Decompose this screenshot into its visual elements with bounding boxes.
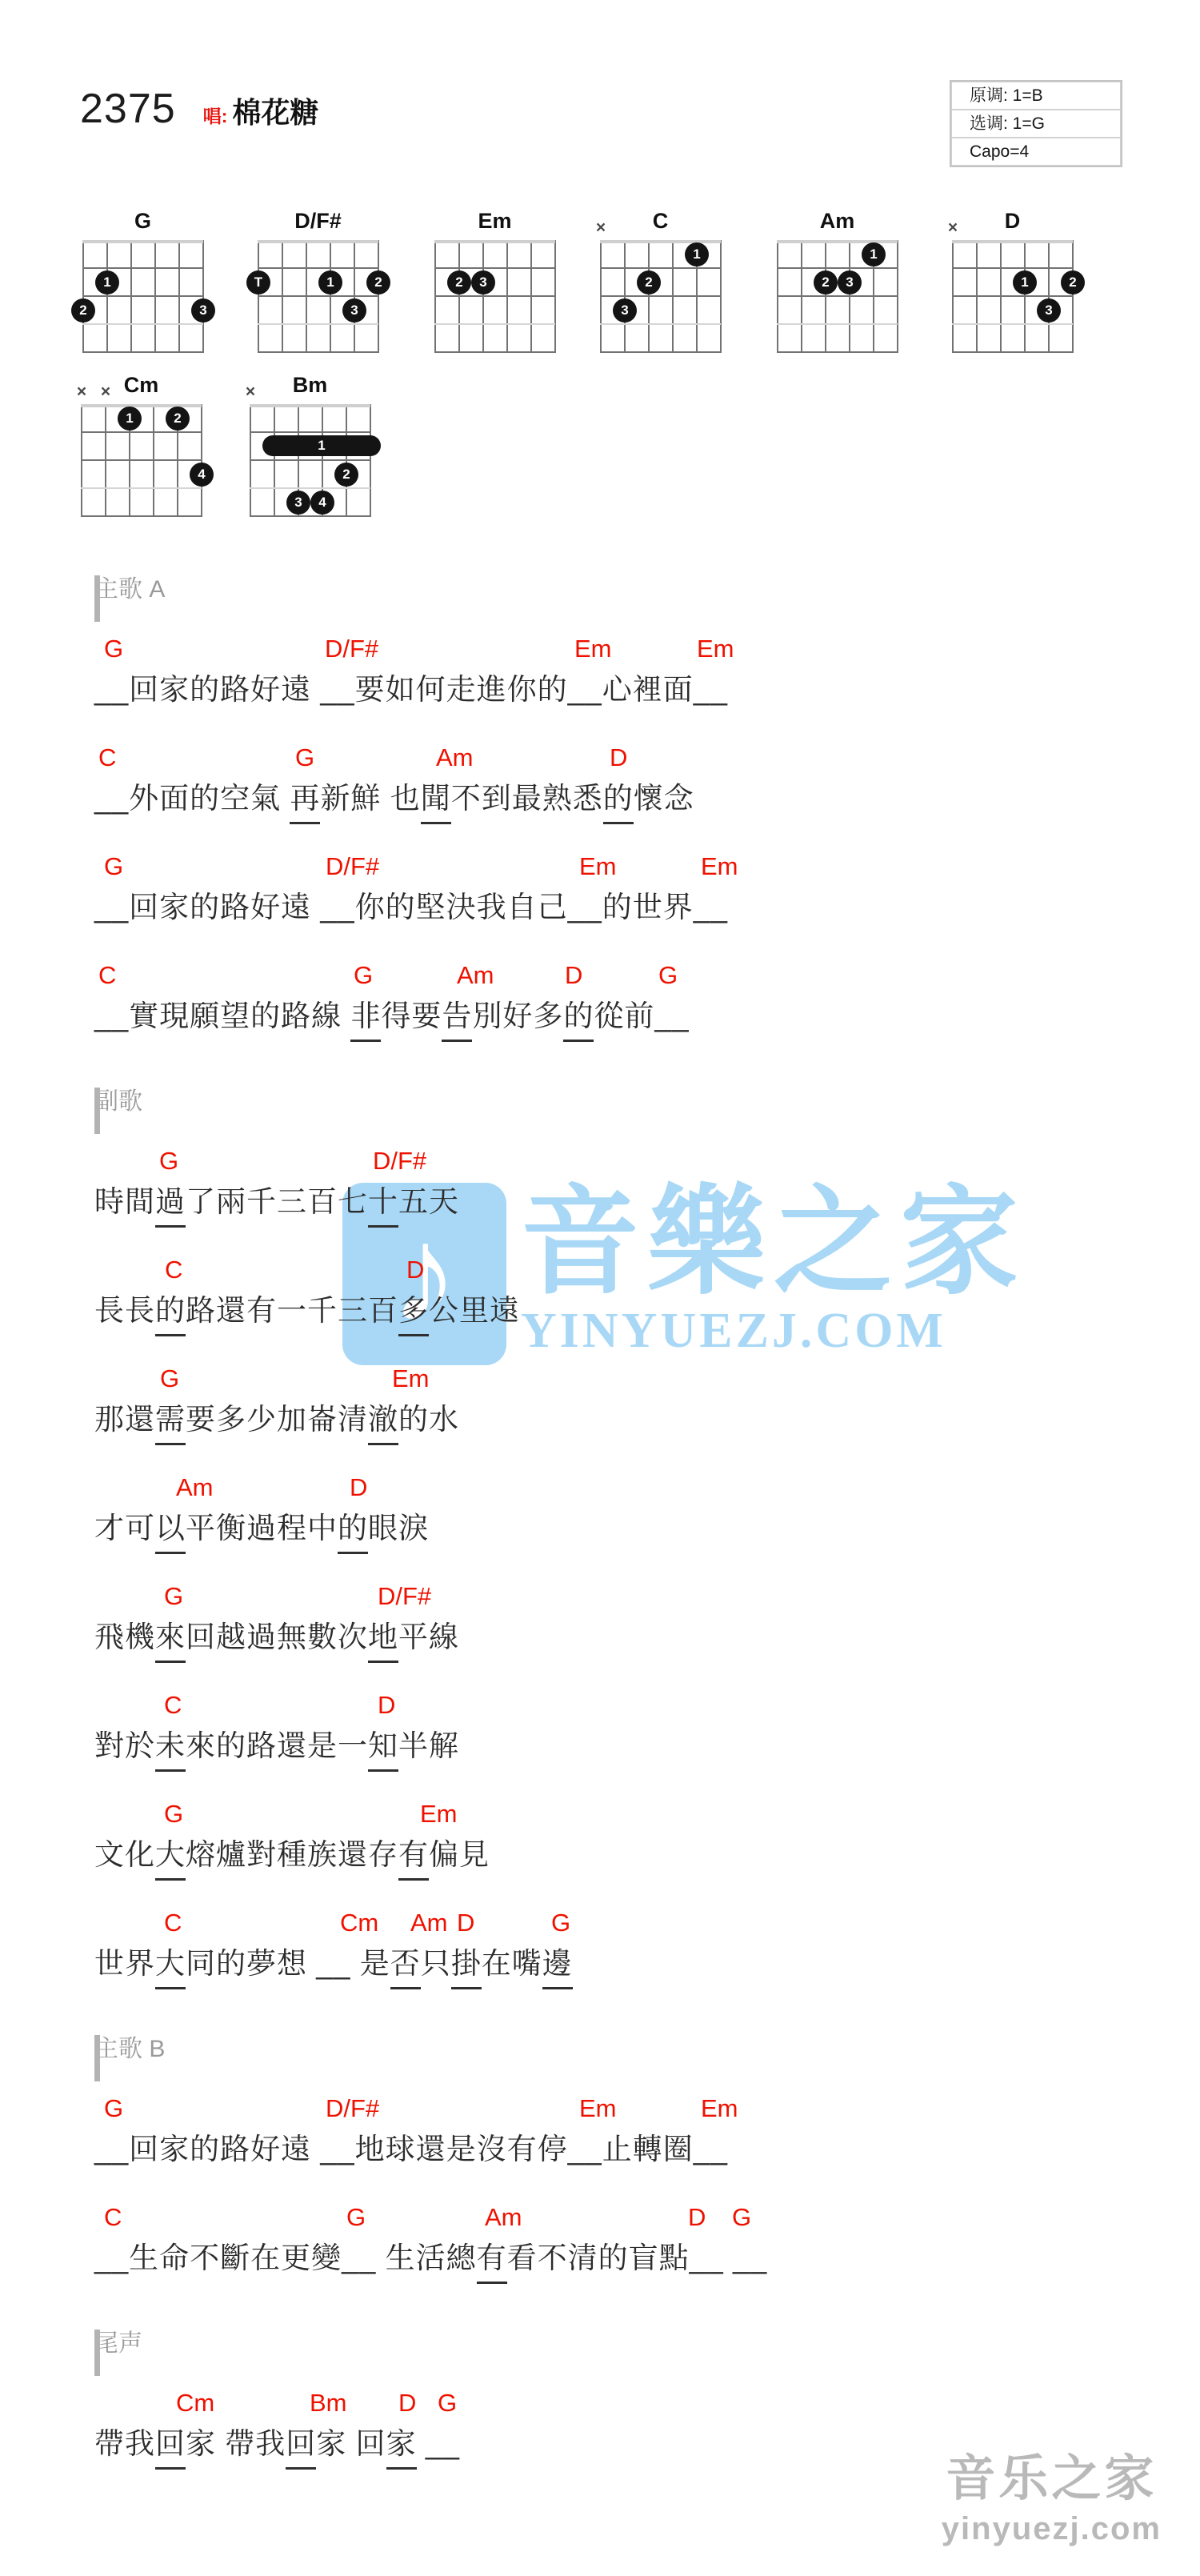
chord-label: D/F# <box>326 852 379 881</box>
finger-dot: T <box>246 270 270 294</box>
chord-label: D <box>406 1256 424 1284</box>
chord-label: D <box>350 1473 367 1502</box>
barre-marker: 1 <box>262 435 381 456</box>
muted-string-marker: × <box>242 383 258 402</box>
lyric-underlined-char: 未 <box>155 1727 186 1772</box>
lyric-text: 對於 <box>94 1729 155 1762</box>
lyric-line: 對於未來的路還是一知半解 <box>94 1723 1176 1777</box>
lyric-line: __外面的空氣 再新鮮 也聞不到最熟悉的懷念 <box>94 775 1176 830</box>
sing-label: 唱: <box>203 102 228 128</box>
chord-label: G <box>104 852 123 881</box>
lyric-underlined-char: 過 <box>155 1183 186 1228</box>
selected-key: 选调: 1=G <box>951 110 1121 138</box>
chord-diagram-name: Bm <box>250 371 370 404</box>
lyric-text: 五天 <box>398 1185 459 1218</box>
lyric-underlined-char: 邊 <box>542 1945 573 1989</box>
fret-line <box>952 267 1073 269</box>
lyric-text: 同的夢想 __ 是 <box>186 1947 390 1980</box>
lyric-underlined-char: 家 <box>386 2425 417 2470</box>
fret-line <box>952 295 1073 297</box>
lyric-text: 公里遠 <box>429 1294 520 1327</box>
chord-label: G <box>104 2094 123 2123</box>
fret-line <box>600 240 721 243</box>
lyric-underlined-char: 知 <box>368 1727 398 1772</box>
chord-label: G <box>159 1147 178 1176</box>
chord-label: G <box>732 2203 751 2232</box>
chord-line: GEm <box>94 1342 1176 1396</box>
section-1: 主歌 AGD/F#EmEm__回家的路好遠 __要如何走進你的__心裡面__CG… <box>56 572 1176 1048</box>
chord-line: AmD <box>94 1451 1176 1505</box>
chord-label: Em <box>701 852 738 881</box>
chord-label: Em <box>579 852 617 881</box>
original-key: 原调: 1=B <box>951 82 1121 110</box>
chord-line: CGAmDG <box>94 939 1176 993</box>
fret-line <box>82 295 203 297</box>
lyric-text: 平線 <box>398 1621 459 1653</box>
finger-dot: 1 <box>862 242 886 266</box>
fret-line <box>434 267 555 269</box>
lyric-underlined-char: 再 <box>290 779 320 824</box>
chord-diagram-Am: Am123 <box>777 206 898 353</box>
lyric-text: __生命不斷在更變__ 生活總 <box>94 2241 477 2274</box>
lyric-text: 家 帶我 <box>186 2427 286 2460</box>
fret-line <box>777 295 898 297</box>
chord-diagram-D/F#: D/F#T123 <box>258 206 378 353</box>
fret-line <box>777 351 898 353</box>
section-4: 尾声CmBmDG帶我回家 帶我回家 回家 __ <box>56 2326 1176 2475</box>
fret-line <box>777 240 898 243</box>
fret-line <box>600 351 721 353</box>
muted-string-marker: × <box>593 218 609 238</box>
chord-label: G <box>551 1909 570 1937</box>
chord-label: D/F# <box>325 635 378 663</box>
chord-label: Am <box>485 2203 522 2232</box>
finger-dot: 4 <box>310 491 334 515</box>
lyric-underlined-char: 否 <box>390 1945 421 1989</box>
finger-dot: 2 <box>366 270 390 294</box>
lyric-text: 別好多 <box>472 1000 563 1032</box>
chord-label: D/F# <box>373 1147 426 1176</box>
lyric-underlined-char: 聞 <box>421 779 451 824</box>
chord-label: D <box>610 743 627 772</box>
chord-label: C <box>104 2203 122 2232</box>
chord-label: G <box>164 1582 183 1611</box>
chord-label: G <box>295 743 314 772</box>
lyric-underlined-char: 掛 <box>451 1945 482 1989</box>
lyric-line: __回家的路好遠 __你的堅決我自己__的世界__ <box>94 884 1176 939</box>
lyric-text: 熔爐對種族還存 <box>186 1838 398 1871</box>
finger-dot: 3 <box>342 298 366 323</box>
finger-dot: 2 <box>71 298 95 323</box>
chord-label: Em <box>697 635 734 663</box>
chord-line: CGAmDG <box>94 2181 1176 2235</box>
fret-line <box>258 295 378 297</box>
lyric-underlined-char: 來 <box>155 1618 186 1663</box>
lyric-underlined-char: 大 <box>155 1836 186 1881</box>
chord-diagram-name: C <box>600 206 721 240</box>
chord-label: Am <box>436 743 474 772</box>
lyric-text: 時間 <box>94 1185 155 1218</box>
lyric-text: 眼淚 <box>368 1512 429 1544</box>
fret-line <box>81 515 202 517</box>
chord-label: G <box>346 2203 366 2232</box>
lyric-underlined-char: 大 <box>155 1945 186 1989</box>
fret-line <box>952 351 1073 353</box>
chord-label: G <box>160 1364 179 1393</box>
chord-line: GD/F#EmEm <box>94 2072 1176 2126</box>
key-info-box: 原调: 1=B 选调: 1=G Capo=4 <box>950 80 1122 167</box>
finger-dot: 2 <box>447 270 471 294</box>
lyric-text: __外面的空氣 <box>94 782 290 815</box>
fretboard-grid: ××124 <box>81 404 202 517</box>
fret-line <box>952 323 1073 325</box>
lyric-text: 長長 <box>94 1294 155 1327</box>
chord-label: Cm <box>340 1909 378 1937</box>
fret-line <box>250 515 370 517</box>
finger-dot: 1 <box>95 270 119 294</box>
chord-diagram-G: G123 <box>82 206 203 353</box>
chord-label: C <box>98 961 116 990</box>
lyric-text: 看不清的盲點__ __ <box>507 2241 768 2274</box>
chord-line: CmBmDG <box>94 2366 1176 2421</box>
lyric-text: 平衡過程中 <box>186 1512 338 1544</box>
fret-line <box>82 351 203 353</box>
section-label: 尾声 <box>94 2326 1176 2366</box>
lyric-underlined-char: 回 <box>155 2425 186 2470</box>
chord-label: D <box>688 2203 706 2232</box>
fret-line <box>250 404 370 407</box>
fret-line <box>82 240 203 243</box>
chord-label: G <box>164 1800 183 1829</box>
lyric-underlined-char: 需 <box>155 1400 186 1445</box>
fret-line <box>258 323 378 325</box>
fret-line <box>250 487 370 489</box>
lyric-text: 新鮮 也 <box>320 782 420 815</box>
chord-label: Em <box>701 2094 738 2123</box>
capo-setting: Capo=4 <box>951 138 1121 166</box>
lyric-text: 在嘴 <box>482 1947 542 1980</box>
lyric-text: 世界 <box>94 1947 155 1980</box>
lyric-text: __實現願望的路線 <box>94 1000 350 1032</box>
lyric-text: 回越過無數次 <box>186 1621 368 1653</box>
fretboard-grid: 23 <box>434 240 555 353</box>
finger-dot: 1 <box>318 270 342 294</box>
chord-diagram-Em: Em23 <box>434 206 555 353</box>
section-label: 副歌 <box>94 1084 1176 1124</box>
lyric-line: __生命不斷在更變__ 生活總有看不清的盲點__ __ <box>94 2235 1176 2290</box>
fret-line <box>600 295 721 297</box>
finger-dot: 3 <box>1037 298 1061 323</box>
lyric-line: 飛機來回越過無數次地平線 <box>94 1614 1176 1669</box>
fret-line <box>81 487 202 489</box>
chord-label: D <box>457 1909 474 1937</box>
fret-line <box>250 459 370 461</box>
chord-label: C <box>164 1909 182 1937</box>
chord-line: GEm <box>94 1777 1176 1832</box>
lyric-underlined-char: 以 <box>155 1509 186 1554</box>
finger-dot: 1 <box>685 242 709 266</box>
fret-line <box>258 267 378 269</box>
lyric-line: 那還需要多少加崙清澈的水 <box>94 1396 1176 1451</box>
chord-label: C <box>165 1256 182 1284</box>
lyric-line: __回家的路好遠 __要如何走進你的__心裡面__ <box>94 667 1176 721</box>
chord-line: GD/F#EmEm <box>94 612 1176 667</box>
chord-diagram-C: C×123 <box>600 206 721 353</box>
lyric-underlined-char: 有 <box>477 2239 507 2284</box>
chord-diagram-name: G <box>82 206 203 240</box>
chord-line: CCmAmDG <box>94 1886 1176 1941</box>
chord-diagram-name: Em <box>434 206 555 240</box>
section-header: 主歌 A <box>94 572 1176 612</box>
lyric-text: 偏見 <box>429 1838 490 1871</box>
lyric-underlined-char: 告 <box>442 997 472 1042</box>
chord-label: G <box>104 635 123 663</box>
chord-label: C <box>98 743 116 772</box>
muted-string-marker: × <box>945 218 961 238</box>
corner-domain-text: yinyuezj.com <box>942 2511 1162 2547</box>
finger-dot: 2 <box>334 463 358 487</box>
chord-label: G <box>438 2389 457 2418</box>
chord-label: Em <box>574 635 612 663</box>
lyric-text: 路還有一千三百 <box>186 1294 398 1327</box>
fret-line <box>434 295 555 297</box>
chord-diagram-Cm: Cm××124 <box>81 371 202 517</box>
chord-line: GD/F#EmEm <box>94 830 1176 884</box>
section-header: 尾声 <box>94 2326 1176 2366</box>
fret-line <box>81 459 202 461</box>
section-header: 主歌 B <box>94 2032 1176 2072</box>
muted-string-marker: × <box>74 383 90 402</box>
lyric-line: 世界大同的夢想 __ 是否只掛在嘴邊 <box>94 1941 1176 1995</box>
lyric-text: 才可 <box>94 1512 155 1544</box>
lyric-underlined-char: 澈 <box>368 1400 398 1445</box>
lyric-text: 飛機 <box>94 1621 155 1653</box>
chord-label: Am <box>457 961 494 990</box>
lyric-underlined-char: 有 <box>398 1836 429 1881</box>
muted-string-marker: × <box>98 383 114 402</box>
finger-dot: 1 <box>118 407 142 431</box>
finger-dot: 2 <box>166 407 190 431</box>
fretboard-grid: ×1234 <box>250 404 370 517</box>
lyric-text: 從前__ <box>594 1000 689 1032</box>
lyric-text: 文化 <box>94 1838 155 1871</box>
song-title: 棉花糖 <box>232 90 318 131</box>
finger-dot: 3 <box>838 270 862 294</box>
chord-label: G <box>658 961 678 990</box>
finger-dot: 3 <box>286 491 310 515</box>
lyric-underlined-char: 的 <box>338 1509 368 1554</box>
fret-line <box>82 267 203 269</box>
lyric-underlined-char: 的 <box>563 997 594 1042</box>
fret-line <box>258 351 378 353</box>
fret-line <box>81 431 202 433</box>
section-label: 主歌 B <box>94 2032 1176 2072</box>
lyric-underlined-char: 多 <box>398 1292 429 1336</box>
finger-dot: 2 <box>1061 270 1085 294</box>
lyric-text: __回家的路好遠 __你的堅決我自己__的世界__ <box>94 891 728 923</box>
chord-label: Bm <box>310 2389 347 2418</box>
fret-line <box>434 323 555 325</box>
chord-label: C <box>164 1691 182 1720</box>
section-3: 主歌 BGD/F#EmEm__回家的路好遠 __地球還是沒有停__止轉圈__CG… <box>56 2032 1176 2290</box>
lyric-text: 不到最熟悉 <box>451 782 603 815</box>
lyric-text: 家 回 <box>316 2427 386 2460</box>
lyric-underlined-char: 回 <box>286 2425 316 2470</box>
lyric-text: 帶我 <box>94 2427 155 2460</box>
lyric-line: 才可以平衡過程中的眼淚 <box>94 1505 1176 1560</box>
chord-line: CD <box>94 1233 1176 1288</box>
lyric-text: 的水 <box>398 1403 459 1436</box>
page-header: 2375 唱: 棉花糖 <box>80 85 318 133</box>
fret-line <box>600 323 721 325</box>
lyric-line: 帶我回家 帶我回家 回家 __ <box>94 2421 1176 2475</box>
fret-line <box>777 323 898 325</box>
lyric-line: __回家的路好遠 __地球還是沒有停__止轉圈__ <box>94 2126 1176 2181</box>
lyric-text: 來的路還是一 <box>186 1729 368 1762</box>
section-2: 副歌GD/F#時間過了兩千三百七十五天CD長長的路還有一千三百多公里遠GEm那還… <box>56 1084 1176 1995</box>
chord-label: G <box>354 961 373 990</box>
song-body: 主歌 AGD/F#EmEm__回家的路好遠 __要如何走進你的__心裡面__CG… <box>56 560 1176 2475</box>
chord-label: Em <box>579 2094 617 2123</box>
fretboard-grid: T123 <box>258 240 378 353</box>
chord-diagram-D: D×123 <box>952 206 1073 353</box>
chord-label: Cm <box>176 2389 214 2418</box>
finger-dot: 3 <box>191 298 215 323</box>
lyric-underlined-char: 非 <box>350 997 381 1042</box>
lyric-underlined-char: 的 <box>603 779 634 824</box>
fretboard-grid: ×123 <box>600 240 721 353</box>
fret-line <box>600 267 721 269</box>
finger-dot: 2 <box>637 270 661 294</box>
chord-label: Am <box>410 1909 448 1937</box>
fret-line <box>952 240 1073 243</box>
chord-line: CGAmD <box>94 721 1176 775</box>
fretboard-grid: 123 <box>777 240 898 353</box>
chord-label: Em <box>392 1364 430 1393</box>
lyric-underlined-char: 十 <box>368 1183 398 1228</box>
chord-label: Em <box>420 1800 458 1829</box>
fret-line <box>777 267 898 269</box>
chord-diagram-name: Am <box>777 206 898 240</box>
lyric-underlined-char: 地 <box>368 1618 398 1663</box>
lyric-line: 文化大熔爐對種族還存有偏見 <box>94 1832 1176 1886</box>
lyric-text: 要多少加崙清 <box>186 1403 368 1436</box>
chord-label: D/F# <box>326 2094 379 2123</box>
lyric-text: __回家的路好遠 __地球還是沒有停__止轉圈__ <box>94 2133 728 2165</box>
chord-label: D <box>565 961 582 990</box>
chord-diagram-name: D <box>952 206 1073 240</box>
fret-line <box>258 240 378 243</box>
song-number: 2375 <box>80 85 176 133</box>
chord-sheet-page: { "colors": { "chord_red": "#ee1100", "w… <box>0 0 1200 2576</box>
chord-label: D/F# <box>378 1582 431 1611</box>
section-label: 主歌 A <box>94 572 1176 612</box>
lyric-line: 時間過了兩千三百七十五天 <box>94 1179 1176 1233</box>
chord-line: CD <box>94 1669 1176 1723</box>
fretboard-grid: ×123 <box>952 240 1073 353</box>
lyric-text: __回家的路好遠 __要如何走進你的__心裡面__ <box>94 673 728 706</box>
lyric-text: 了兩千三百七 <box>186 1185 368 1218</box>
lyric-text: 得要 <box>381 1000 442 1032</box>
lyric-line: 長長的路還有一千三百多公里遠 <box>94 1288 1176 1342</box>
chord-label: D <box>378 1691 395 1720</box>
section-header: 副歌 <box>94 1084 1176 1124</box>
lyric-text: 半解 <box>398 1729 459 1762</box>
finger-dot: 4 <box>190 463 214 487</box>
finger-dot: 3 <box>471 270 495 294</box>
fret-line <box>434 351 555 353</box>
chord-label: Am <box>176 1473 214 1502</box>
fret-line <box>434 240 555 243</box>
finger-dot: 1 <box>1013 270 1037 294</box>
lyric-text: 那還 <box>94 1403 155 1436</box>
fret-line <box>81 404 202 407</box>
fret-line <box>82 323 203 325</box>
lyric-text: 懷念 <box>634 782 694 815</box>
chord-diagram-Bm: Bm×1234 <box>250 371 370 517</box>
fret-line <box>250 431 370 433</box>
fretboard-grid: 123 <box>82 240 203 353</box>
finger-dot: 2 <box>814 270 838 294</box>
lyric-line: __實現願望的路線 非得要告別好多的從前__ <box>94 993 1176 1048</box>
chord-line: GD/F# <box>94 1124 1176 1179</box>
chord-diagram-name: D/F# <box>258 206 378 240</box>
chord-line: GD/F# <box>94 1560 1176 1614</box>
lyric-text: 只 <box>421 1947 451 1980</box>
lyric-text: __ <box>417 2427 460 2460</box>
lyric-underlined-char: 的 <box>155 1292 186 1336</box>
chord-label: D <box>398 2389 416 2418</box>
finger-dot: 3 <box>613 298 637 323</box>
